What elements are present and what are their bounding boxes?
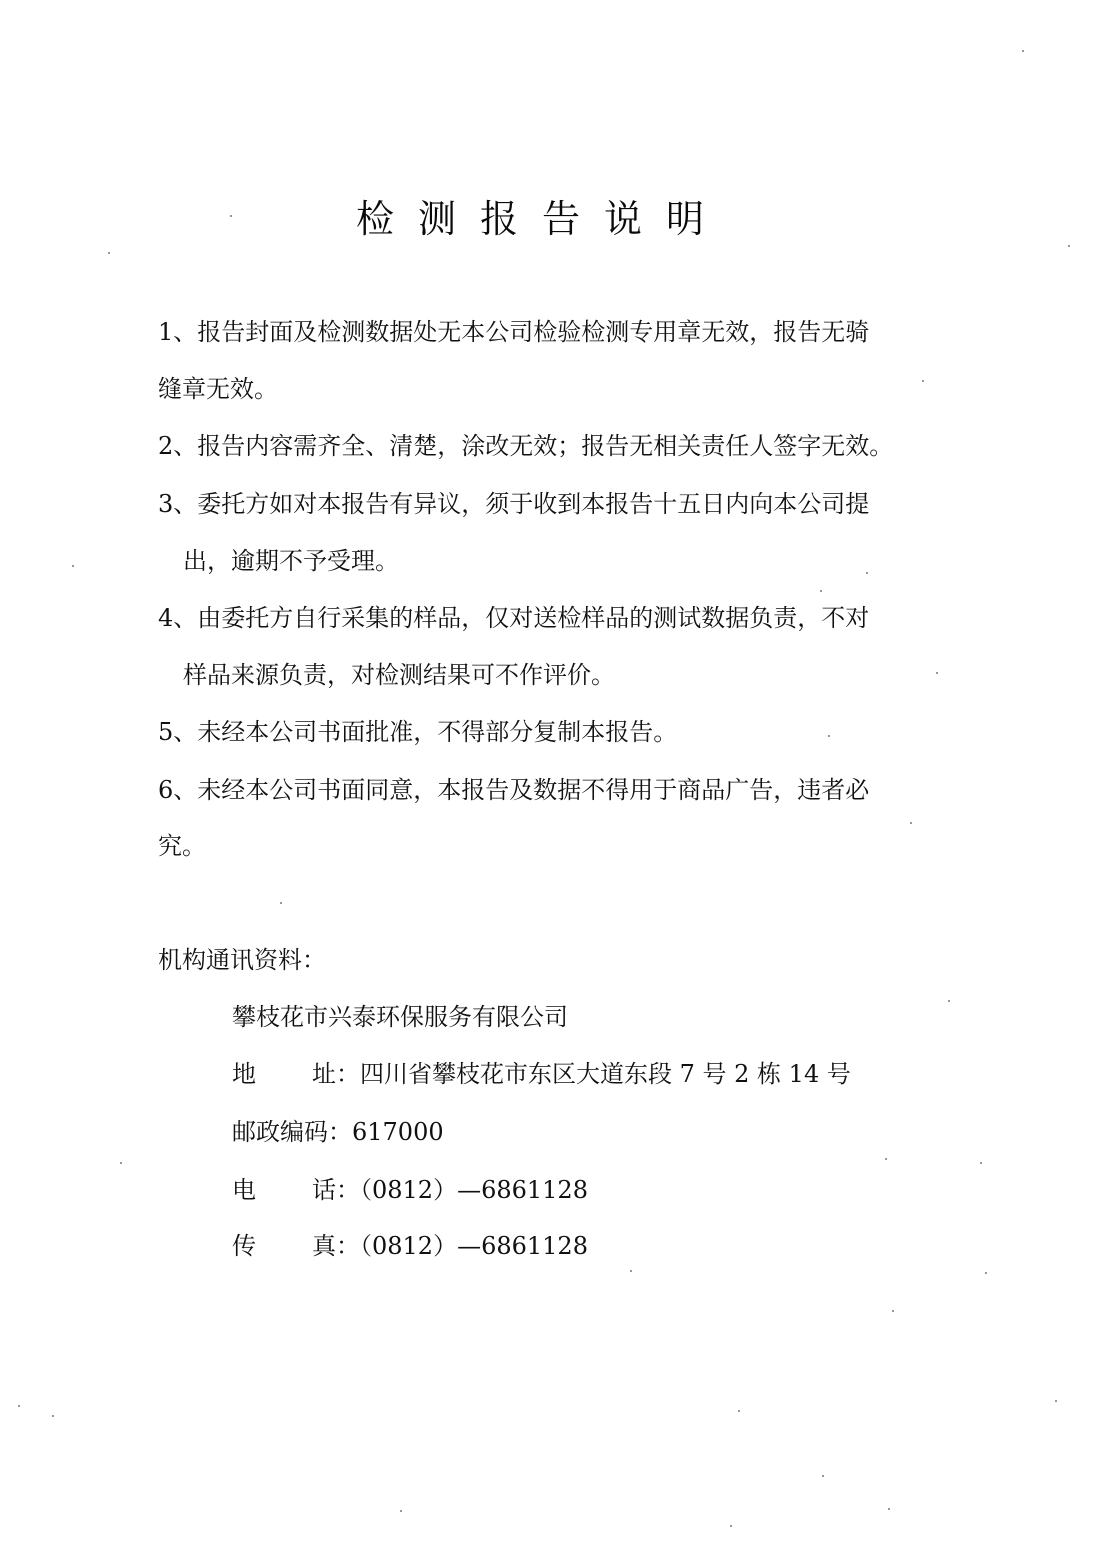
contact-heading: 机构通讯资料：: [158, 945, 326, 975]
scan-speck: [230, 215, 232, 217]
company-name: 攀枝花市兴泰环保服务有限公司: [232, 1002, 568, 1032]
scan-speck: [280, 902, 282, 904]
postcode-value: 617000: [352, 1118, 444, 1146]
scan-speck: [72, 565, 74, 567]
document-page: 检测报告说明 1、报告封面及检测数据处无本公司检验检测专用章无效，报告无骑 缝章…: [0, 0, 1100, 1541]
scan-speck: [888, 1508, 890, 1510]
note-text: 报告封面及检测数据处无本公司检验检测专用章无效，报告无骑: [197, 318, 869, 346]
scan-speck: [18, 1405, 20, 1407]
scan-speck: [120, 1162, 122, 1164]
scan-speck: [820, 590, 822, 592]
scan-speck: [866, 572, 868, 574]
scan-speck: [108, 252, 110, 254]
note-text: 未经本公司书面批准，不得部分复制本报告。: [197, 718, 677, 746]
fax-label-b: 真：: [312, 1232, 360, 1260]
address-label-a: 地: [232, 1059, 312, 1089]
scan-speck: [730, 1525, 732, 1527]
scan-speck: [980, 1162, 982, 1164]
scan-speck: [936, 672, 938, 674]
scan-speck: [738, 1410, 740, 1412]
scan-speck: [828, 735, 830, 737]
scan-speck: [400, 1510, 402, 1512]
scan-speck: [922, 380, 924, 382]
scan-speck: [630, 1270, 632, 1272]
scan-speck: [885, 1158, 887, 1160]
phone-line: 电话：（0812）—6861128: [232, 1175, 588, 1205]
note-text: 由委托方自行采集的样品，仅对送检样品的测试数据负责，不对: [197, 604, 869, 632]
scan-speck: [822, 1475, 824, 1477]
note-1-line-1: 1、报告封面及检测数据处无本公司检验检测专用章无效，报告无骑: [158, 317, 869, 347]
postcode-label: 邮政编码：: [232, 1118, 352, 1146]
note-1-line-2: 缝章无效。: [158, 374, 278, 404]
note-4-line-1: 4、由委托方自行采集的样品，仅对送检样品的测试数据负责，不对: [158, 603, 869, 633]
note-text: 未经本公司书面同意，本报告及数据不得用于商品广告，违者必: [197, 776, 869, 804]
note-6-line-1: 6、未经本公司书面同意，本报告及数据不得用于商品广告，违者必: [158, 775, 869, 805]
phone-value: （0812）—6861128: [360, 1176, 588, 1204]
scan-speck: [910, 822, 912, 824]
scan-speck: [52, 1415, 54, 1417]
note-5-line-1: 5、未经本公司书面批准，不得部分复制本报告。: [158, 717, 677, 747]
note-text: 委托方如对本报告有异议，须于收到本报告十五日内向本公司提: [197, 490, 869, 518]
note-number: 3、: [158, 490, 197, 518]
phone-label-a: 电: [232, 1175, 312, 1205]
scan-speck: [892, 1310, 894, 1312]
fax-line: 传真：（0812）—6861128: [232, 1231, 588, 1261]
scan-speck: [1068, 245, 1070, 247]
note-number: 4、: [158, 604, 197, 632]
note-number: 2、: [158, 432, 197, 460]
note-3-line-2: 出，逾期不予受理。: [183, 546, 399, 576]
scan-speck: [1022, 50, 1024, 52]
scan-speck: [985, 1272, 987, 1274]
note-number: 6、: [158, 776, 197, 804]
page-title: 检测报告说明: [0, 188, 1084, 243]
note-number: 1、: [158, 318, 197, 346]
address-label-b: 址：: [312, 1060, 360, 1088]
postcode-line: 邮政编码：617000: [232, 1117, 444, 1147]
address-value: 四川省攀枝花市东区大道东段 7 号 2 栋 14 号: [360, 1060, 851, 1088]
note-6-line-2: 究。: [158, 831, 206, 861]
fax-value: （0812）—6861128: [360, 1232, 588, 1260]
note-3-line-1: 3、委托方如对本报告有异议，须于收到本报告十五日内向本公司提: [158, 489, 869, 519]
note-text: 报告内容需齐全、清楚，涂改无效；报告无相关责任人签字无效。: [197, 432, 893, 460]
note-2-line-1: 2、报告内容需齐全、清楚，涂改无效；报告无相关责任人签字无效。: [158, 431, 893, 461]
scan-speck: [1055, 1400, 1057, 1402]
note-4-line-2: 样品来源负责，对检测结果可不作评价。: [183, 660, 615, 690]
note-number: 5、: [158, 718, 197, 746]
address-line: 地址：四川省攀枝花市东区大道东段 7 号 2 栋 14 号: [232, 1059, 851, 1089]
fax-label-a: 传: [232, 1231, 312, 1261]
phone-label-b: 话：: [312, 1176, 360, 1204]
scan-speck: [948, 1000, 950, 1002]
